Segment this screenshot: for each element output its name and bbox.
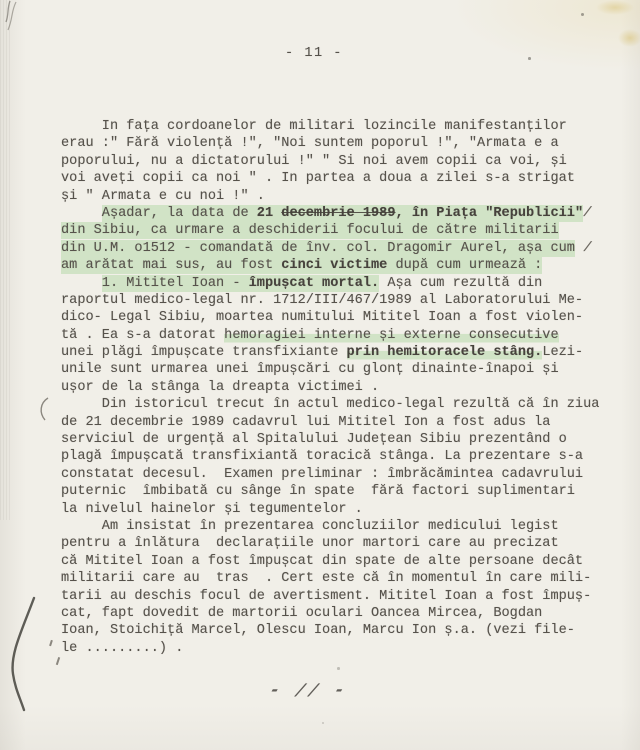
text-line: din Sibiu, ca urmare a deschiderii focul… — [61, 222, 621, 239]
text-segment: constatat decesul. Examen preliminar : î… — [61, 467, 583, 482]
text-line: In fața cordoanelor de militari lozincil… — [61, 118, 621, 135]
text-line: cat, fapt dovedit de martorii oculari Oa… — [61, 605, 621, 622]
text-line: plagă împușcată transfixiantă toracică s… — [61, 448, 621, 465]
highlighted-text-segment: am arătat mai sus, au fost — [61, 258, 281, 273]
text-line: și " Armata e cu noi !" . — [61, 188, 621, 205]
highlighted-text-segment: prin hemitoracele stâng. — [347, 345, 543, 360]
highlighted-text-segment: împușcat mortal. — [249, 276, 380, 291]
document-page: - 11 - In fața cordoanelor de militari l… — [0, 0, 640, 750]
text-line: Am insistat în prezentarea concluziilor … — [61, 518, 621, 535]
highlighted-text-segment: 21 — [257, 206, 281, 221]
text-segment — [61, 276, 102, 291]
paragraph: Așadar, la data de 21 decembrie 1989, în… — [61, 205, 621, 275]
text-segment: dico- Legal Sibiu, moartea numitului Mit… — [61, 310, 583, 325]
document-body: In fața cordoanelor de militari lozincil… — [61, 118, 621, 657]
highlighted-text-segment: 1. Mititel Ioan - — [102, 276, 249, 291]
text-segment: In fața cordoanelor de militari lozincil… — [61, 119, 567, 134]
text-line: ușor de la stânga la dreapta victimei . — [61, 379, 621, 396]
highlighted-text-segment: din Sibiu, ca urmare a deschiderii focul… — [61, 223, 559, 238]
text-line: tă . Ea s-a datorat hemoragiei interne ș… — [61, 327, 621, 344]
text-segment: raportul medico-legal nr. 1712/III/467/1… — [61, 293, 583, 308]
text-line: din U.M. o1512 - comandată de înv. col. … — [61, 240, 621, 257]
highlighter-stain — [596, 0, 634, 15]
handwritten-end-mark: - // - — [0, 680, 625, 699]
paragraph: 1. Mititel Ioan - împușcat mortal. Așa c… — [61, 275, 621, 397]
text-segment: plagă împușcată transfixiantă toracică s… — [61, 449, 583, 464]
text-segment: serviciul de urgență al Spitalului Județ… — [61, 432, 567, 447]
text-line: pentru a înlătura declarațiile unor mart… — [61, 535, 621, 552]
text-line: serviciul de urgență al Spitalului Județ… — [61, 431, 621, 448]
margin-paren-mark — [36, 396, 52, 422]
text-line: puternic îmbibată cu sânge în spate fără… — [61, 483, 621, 500]
text-line: poporului, nu a dictatorului !" " Si noi… — [61, 153, 621, 170]
text-line: unile sunt urmarea unei împușcări cu glo… — [61, 361, 621, 378]
text-segment: la nivelul hainelor și tegumentelor . — [61, 502, 363, 517]
text-segment: erau :" Fără violență !", "Noi suntem po… — [61, 136, 559, 151]
text-line: unei plăgi împușcate transfixiante prin … — [61, 344, 621, 361]
text-segment: Lezi- — [542, 345, 583, 360]
text-segment: și " Armata e cu noi !" . — [61, 189, 265, 204]
text-segment: militarii care au tras . Cert este că în… — [61, 571, 591, 586]
text-line: 1. Mititel Ioan - împușcat mortal. Așa c… — [61, 275, 621, 292]
paragraph: Din istoricul trecut în actul medico-leg… — [61, 396, 621, 518]
highlighted-text-segment: Așadar, la data de — [102, 206, 257, 221]
ink-speck — [322, 722, 324, 724]
ink-speck — [581, 13, 584, 16]
ink-speck — [337, 667, 340, 670]
text-segment: pentru a înlătura declarațiile unor mart… — [61, 536, 559, 551]
text-segment: puternic îmbibată cu sânge în spate fără… — [61, 484, 575, 499]
text-segment: voi aveți copii ca noi " . In partea a d… — [61, 171, 575, 186]
pen-tick-mark — [49, 640, 52, 646]
highlighted-text-segment: cinci victime — [281, 258, 387, 273]
highlighted-text-segment: , în Piața "Republicii" — [396, 206, 584, 221]
pen-tick-mark — [56, 657, 60, 665]
text-segment: poporului, nu a dictatorului !" " Si noi… — [61, 154, 567, 169]
text-line: de 21 decembrie 1989 cadavrul lui Mitite… — [61, 414, 621, 431]
text-line: tarii au deschis focul de avertisment. M… — [61, 588, 621, 605]
pen-slash-mark: / — [581, 205, 593, 222]
text-segment: că Mititel Ioan a fost împușcat din spat… — [61, 554, 583, 569]
text-line: voi aveți copii ca noi " . In partea a d… — [61, 170, 621, 187]
text-line: Din istoricul trecut în actul medico-leg… — [61, 396, 621, 413]
highlighted-text-segment: din U.M. o1512 - comandată de înv. col. … — [61, 241, 575, 256]
text-line: constatat decesul. Examen preliminar : î… — [61, 466, 621, 483]
highlighted-text-segment: după cum urmează : — [387, 258, 542, 273]
text-segment: tarii au deschis focul de avertisment. M… — [61, 589, 591, 604]
text-line: dico- Legal Sibiu, moartea numitului Mit… — [61, 309, 621, 326]
text-line: Așadar, la data de 21 decembrie 1989, în… — [61, 205, 621, 222]
text-segment: tă . Ea s-a datorat — [61, 328, 224, 343]
pen-slash-mark: / — [573, 240, 593, 257]
text-segment: Din istoricul trecut în actul medico-leg… — [61, 397, 599, 412]
highlighted-text-segment: hemoragiei interne și externe consecutiv… — [224, 328, 558, 343]
text-line: că Mititel Ioan a fost împușcat din spat… — [61, 553, 621, 570]
text-segment: ușor de la stânga la dreapta victimei . — [61, 380, 379, 395]
paragraph: Am insistat în prezentarea concluziilor … — [61, 518, 621, 657]
text-line: Ioan, Stoichiță Marcel, Olescu Ioan, Mar… — [61, 622, 621, 639]
text-line: erau :" Fără violență !", "Noi suntem po… — [61, 135, 621, 152]
page-number: - 11 - — [0, 46, 628, 61]
text-segment: Am insistat în prezentarea concluziilor … — [61, 519, 559, 534]
text-line: raportul medico-legal nr. 1712/III/467/1… — [61, 292, 621, 309]
text-line: am arătat mai sus, au fost cinci victime… — [61, 257, 621, 274]
text-line: le .........) . — [61, 640, 621, 657]
text-segment: Ioan, Stoichiță Marcel, Olescu Ioan, Mar… — [61, 623, 575, 638]
text-segment — [61, 206, 102, 221]
text-segment: cat, fapt dovedit de martorii oculari Oa… — [61, 606, 542, 621]
text-segment: de 21 decembrie 1989 cadavrul lui Mitite… — [61, 415, 550, 430]
scan-edge-striations — [0, 0, 11, 520]
text-segment: unile sunt urmarea unei împușcări cu glo… — [61, 362, 559, 377]
highlighted-text-segment: decembrie 1989 — [281, 206, 395, 221]
text-segment: Așa cum rezultă din — [379, 276, 542, 291]
text-line: militarii care au tras . Cert este că în… — [61, 570, 621, 587]
text-segment: unei plăgi împușcate transfixiante — [61, 345, 347, 360]
text-line: la nivelul hainelor și tegumentelor . — [61, 501, 621, 518]
text-segment: le .........) . — [61, 641, 183, 656]
paragraph: In fața cordoanelor de militari lozincil… — [61, 118, 621, 205]
